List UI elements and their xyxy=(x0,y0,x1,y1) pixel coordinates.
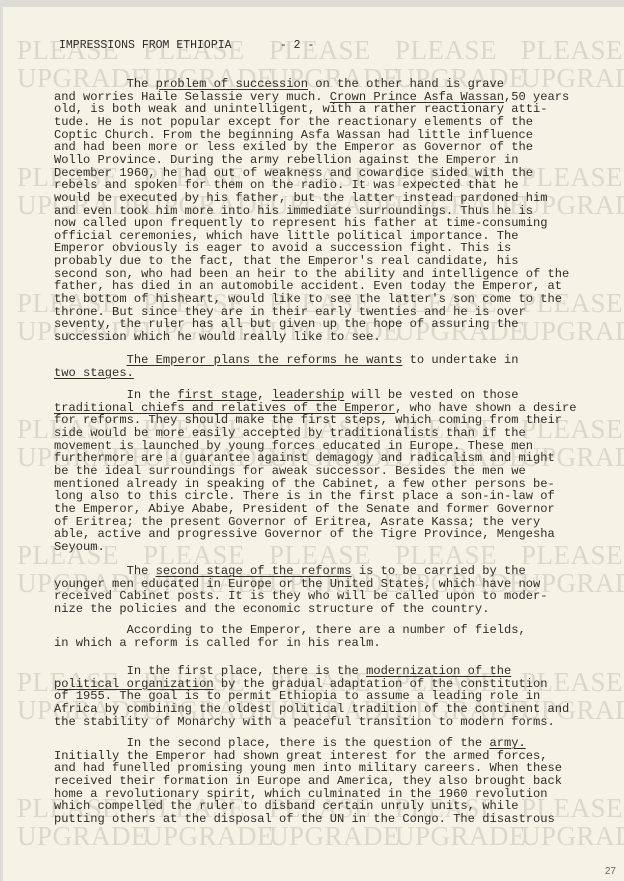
watermark-text: UPGRADE xyxy=(521,316,624,347)
page-header: IMPRESSIONS FROM ETHIOPIA - 2 - xyxy=(59,40,314,53)
watermark-text: PLEASE xyxy=(521,35,624,66)
text-line: nize the policies and the economic struc… xyxy=(54,603,489,616)
underlined-phrase: The Emperor plans the reforms he wants xyxy=(127,353,403,367)
text-segment: to undertake in xyxy=(402,353,518,367)
watermark-text: PLEASE xyxy=(521,162,624,193)
text-segment: putting others at the disposal of the UN… xyxy=(54,812,555,826)
text-segment: the stability of Monarchy with a peacefu… xyxy=(54,715,555,729)
text-segment: succession which he would really like to… xyxy=(54,330,381,344)
text-segment: able, active and progressive Governor of… xyxy=(54,527,555,541)
document-page: PLEASEPLEASEPLEASEPLEASEPLEASEUPGRADEUPG… xyxy=(3,7,624,881)
text-line: in which a reform is called for in his r… xyxy=(54,637,381,650)
text-segment: Seyoum. xyxy=(54,540,105,554)
underlined-phrase: two stages. xyxy=(54,366,134,380)
text-line: the stability of Monarchy with a peacefu… xyxy=(54,716,555,729)
text-line: succession which he would really like to… xyxy=(54,331,381,344)
text-line: putting others at the disposal of the UN… xyxy=(54,813,555,826)
page-number: 27 xyxy=(605,866,616,877)
watermark-text: PLEASE xyxy=(395,35,521,66)
text-segment: in which a reform is called for in his r… xyxy=(54,636,381,650)
text-line: Seyoum. xyxy=(54,541,105,554)
text-line: able, active and progressive Governor of… xyxy=(54,528,555,541)
watermark-text: PLEASE xyxy=(521,540,624,571)
text-line: two stages. xyxy=(54,367,134,380)
text-segment: nize the policies and the economic struc… xyxy=(54,602,489,616)
